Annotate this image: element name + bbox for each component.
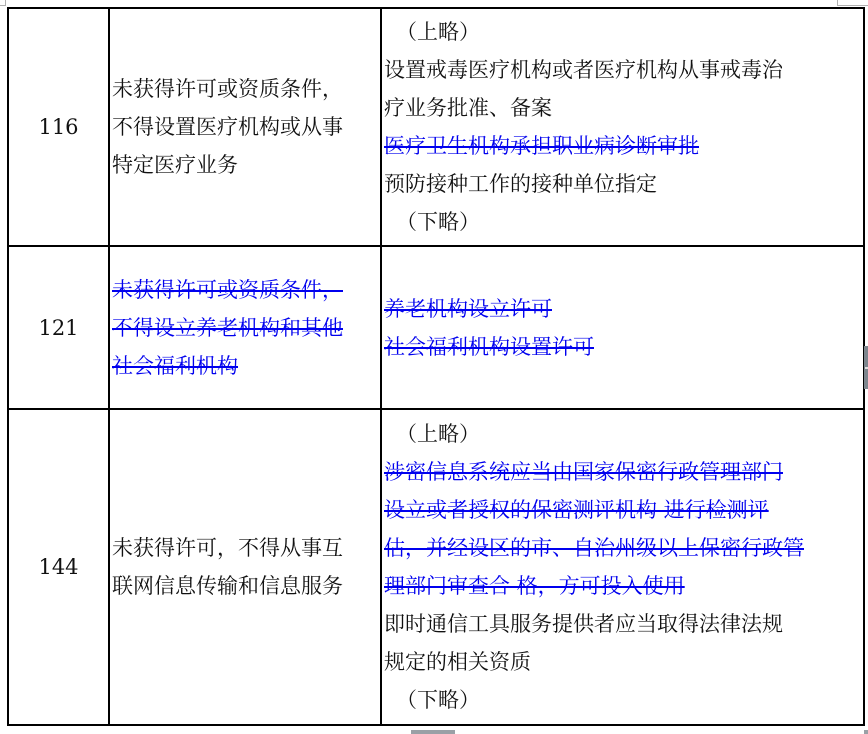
detail-line: 规定的相关资质 <box>384 643 863 681</box>
deleted-item-line: 不得设立养老机构和其他 <box>112 316 343 340</box>
item-line: 未获得许可，不得从事互 <box>112 529 380 567</box>
item-line: 联网信息传输和信息服务 <box>112 567 380 605</box>
omitted-below-note: （下略） <box>384 681 863 719</box>
detail-line: 即时通信工具服务提供者应当取得法律法规 <box>384 605 863 643</box>
detail-cell: 养老机构设立许可 社会福利机构设置许可 <box>381 246 864 409</box>
deleted-detail-line: 社会福利机构设置许可 <box>384 335 594 359</box>
scrollbar-corner <box>864 730 868 734</box>
item-line: 特定医疗业务 <box>112 146 380 184</box>
deleted-detail-line: 估，并经设区的市、自治州级以上保密行政管 <box>384 536 804 560</box>
horizontal-scrollbar-thumb[interactable] <box>411 730 455 734</box>
row-number: 116 <box>38 115 78 139</box>
deleted-detail-line: 涉密信息系统应当由国家保密行政管理部门 <box>384 460 783 484</box>
row-number: 121 <box>38 316 78 340</box>
deleted-detail-line: 医疗卫生机构承担职业病诊断审批 <box>384 134 699 158</box>
detail-line: 预防接种工作的接种单位指定 <box>384 165 863 203</box>
page-corner-mark <box>0 0 6 6</box>
revision-table: 116 未获得许可或资质条件， 不得设置医疗机构或从事 特定医疗业务 （上略） … <box>7 7 865 726</box>
row-number: 144 <box>38 555 78 579</box>
omitted-below-note: （下略） <box>384 203 863 241</box>
row-number-cell: 144 <box>8 409 109 725</box>
omitted-above-note: （上略） <box>384 415 863 453</box>
item-line: 不得设置医疗机构或从事 <box>112 108 380 146</box>
deleted-detail-line: 养老机构设立许可 <box>384 297 552 321</box>
omitted-above-note: （上略） <box>384 13 863 51</box>
deleted-item-line: 未获得许可或资质条件， <box>112 278 343 302</box>
detail-line: 疗业务批准、备案 <box>384 89 863 127</box>
detail-line: 设置戒毒医疗机构或者医疗机构从事戒毒治 <box>384 51 863 89</box>
table-row: 144 未获得许可，不得从事互 联网信息传输和信息服务 （上略） 涉密信息系统应… <box>8 409 864 725</box>
row-number-cell: 121 <box>8 246 109 409</box>
detail-cell: （上略） 涉密信息系统应当由国家保密行政管理部门 设立或者授权的保密测评机构 进… <box>381 409 864 725</box>
page-corner-mark-right <box>837 0 868 6</box>
row-number-cell: 116 <box>8 8 109 246</box>
item-line: 未获得许可或资质条件， <box>112 70 380 108</box>
detail-cell: （上略） 设置戒毒医疗机构或者医疗机构从事戒毒治 疗业务批准、备案 医疗卫生机构… <box>381 8 864 246</box>
item-cell: 未获得许可或资质条件， 不得设置医疗机构或从事 特定医疗业务 <box>109 8 381 246</box>
item-cell: 未获得许可或资质条件， 不得设立养老机构和其他 社会福利机构 <box>109 246 381 409</box>
deleted-item-line: 社会福利机构 <box>112 354 238 378</box>
item-cell: 未获得许可，不得从事互 联网信息传输和信息服务 <box>109 409 381 725</box>
table-row: 116 未获得许可或资质条件， 不得设置医疗机构或从事 特定医疗业务 （上略） … <box>8 8 864 246</box>
deleted-detail-line: 设立或者授权的保密测评机构 进行检测评 <box>384 498 769 522</box>
table-row: 121 未获得许可或资质条件， 不得设立养老机构和其他 社会福利机构 养老机构设… <box>8 246 864 409</box>
deleted-detail-line: 理部门审查合 格，方可投入使用 <box>384 574 685 598</box>
vertical-scrollbar-thumb[interactable] <box>864 346 868 389</box>
